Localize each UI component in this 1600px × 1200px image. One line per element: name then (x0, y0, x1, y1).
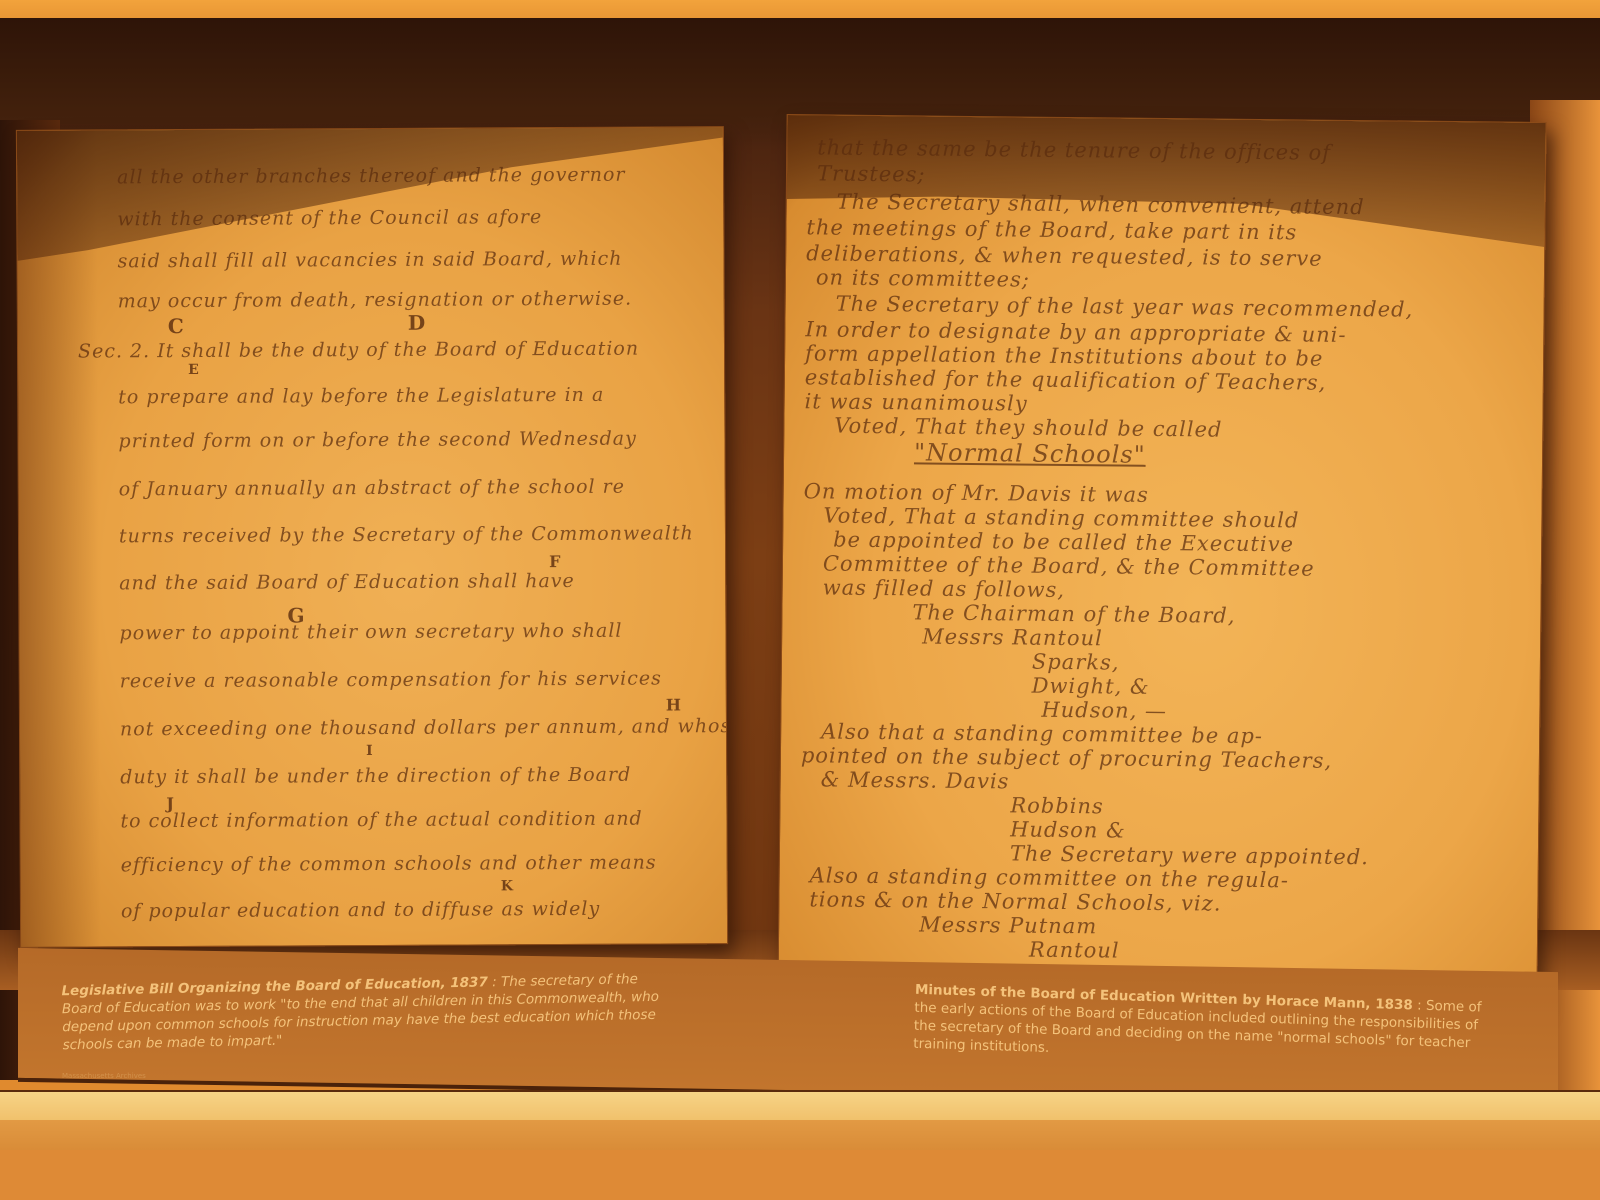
handwriting-heading-normal-schools: "Normal Schools" (914, 438, 1542, 473)
handwriting-line: of popular education and to diffuse as w… (121, 897, 727, 922)
legislative-bill-document: all the other branches thereof and the g… (16, 126, 728, 948)
handwriting-line: Messrs Putnam (919, 912, 1537, 942)
handwriting-line: to collect information of the actual con… (120, 807, 726, 832)
handwriting-line: said shall fill all vacancies in said Bo… (117, 247, 723, 272)
handwriting-line: and the said Board of Education shall ha… (119, 569, 725, 594)
display-case-base (0, 1150, 1600, 1200)
display-case-base-rail (0, 1120, 1600, 1152)
image-credit: Massachusetts Archives (62, 1072, 146, 1080)
annotation-marker: H (666, 695, 681, 714)
handwriting-line: duty it shall be under the direction of … (120, 763, 726, 788)
annotation-marker: C (168, 314, 184, 338)
annotation-marker: F (549, 552, 560, 571)
handwriting-line: to prepare and lay before the Legislatur… (118, 383, 724, 408)
handwriting-line: Sec. 2. It shall be the duty of the Boar… (78, 337, 724, 362)
display-case-front-rail (0, 1090, 1600, 1122)
handwriting-line: printed form on or before the second Wed… (118, 427, 724, 452)
handwriting-line: efficiency of the common schools and oth… (121, 851, 727, 876)
annotation-marker: D (408, 311, 425, 335)
handwriting-line: of January annually an abstract of the s… (119, 475, 725, 500)
handwriting-line: Messrs Rantoul (922, 624, 1540, 654)
handwriting-line: power to appoint their own secretary who… (119, 619, 725, 644)
annotation-marker: K (501, 878, 513, 894)
caption-separator: : (488, 974, 501, 990)
caption-separator: : (1413, 997, 1427, 1013)
caption-legislative-bill: Legislative Bill Organizing the Board of… (61, 970, 662, 1055)
handwriting-line: with the consent of the Council as afore (117, 205, 723, 230)
page-shadow (17, 127, 724, 261)
annotation-marker: E (188, 362, 199, 378)
annotation-marker: I (366, 743, 373, 759)
handwriting-line: turns received by the Secretary of the C… (119, 522, 725, 547)
handwriting-line: not exceeding one thousand dollars per a… (120, 715, 726, 740)
handwriting-line: all the other branches thereof and the g… (117, 163, 723, 188)
board-minutes-document: that the same be the tenure of the offic… (777, 114, 1546, 1004)
handwriting-line: receive a reasonable compensation for hi… (120, 667, 726, 692)
handwriting-line: may occur from death, resignation or oth… (118, 287, 724, 312)
